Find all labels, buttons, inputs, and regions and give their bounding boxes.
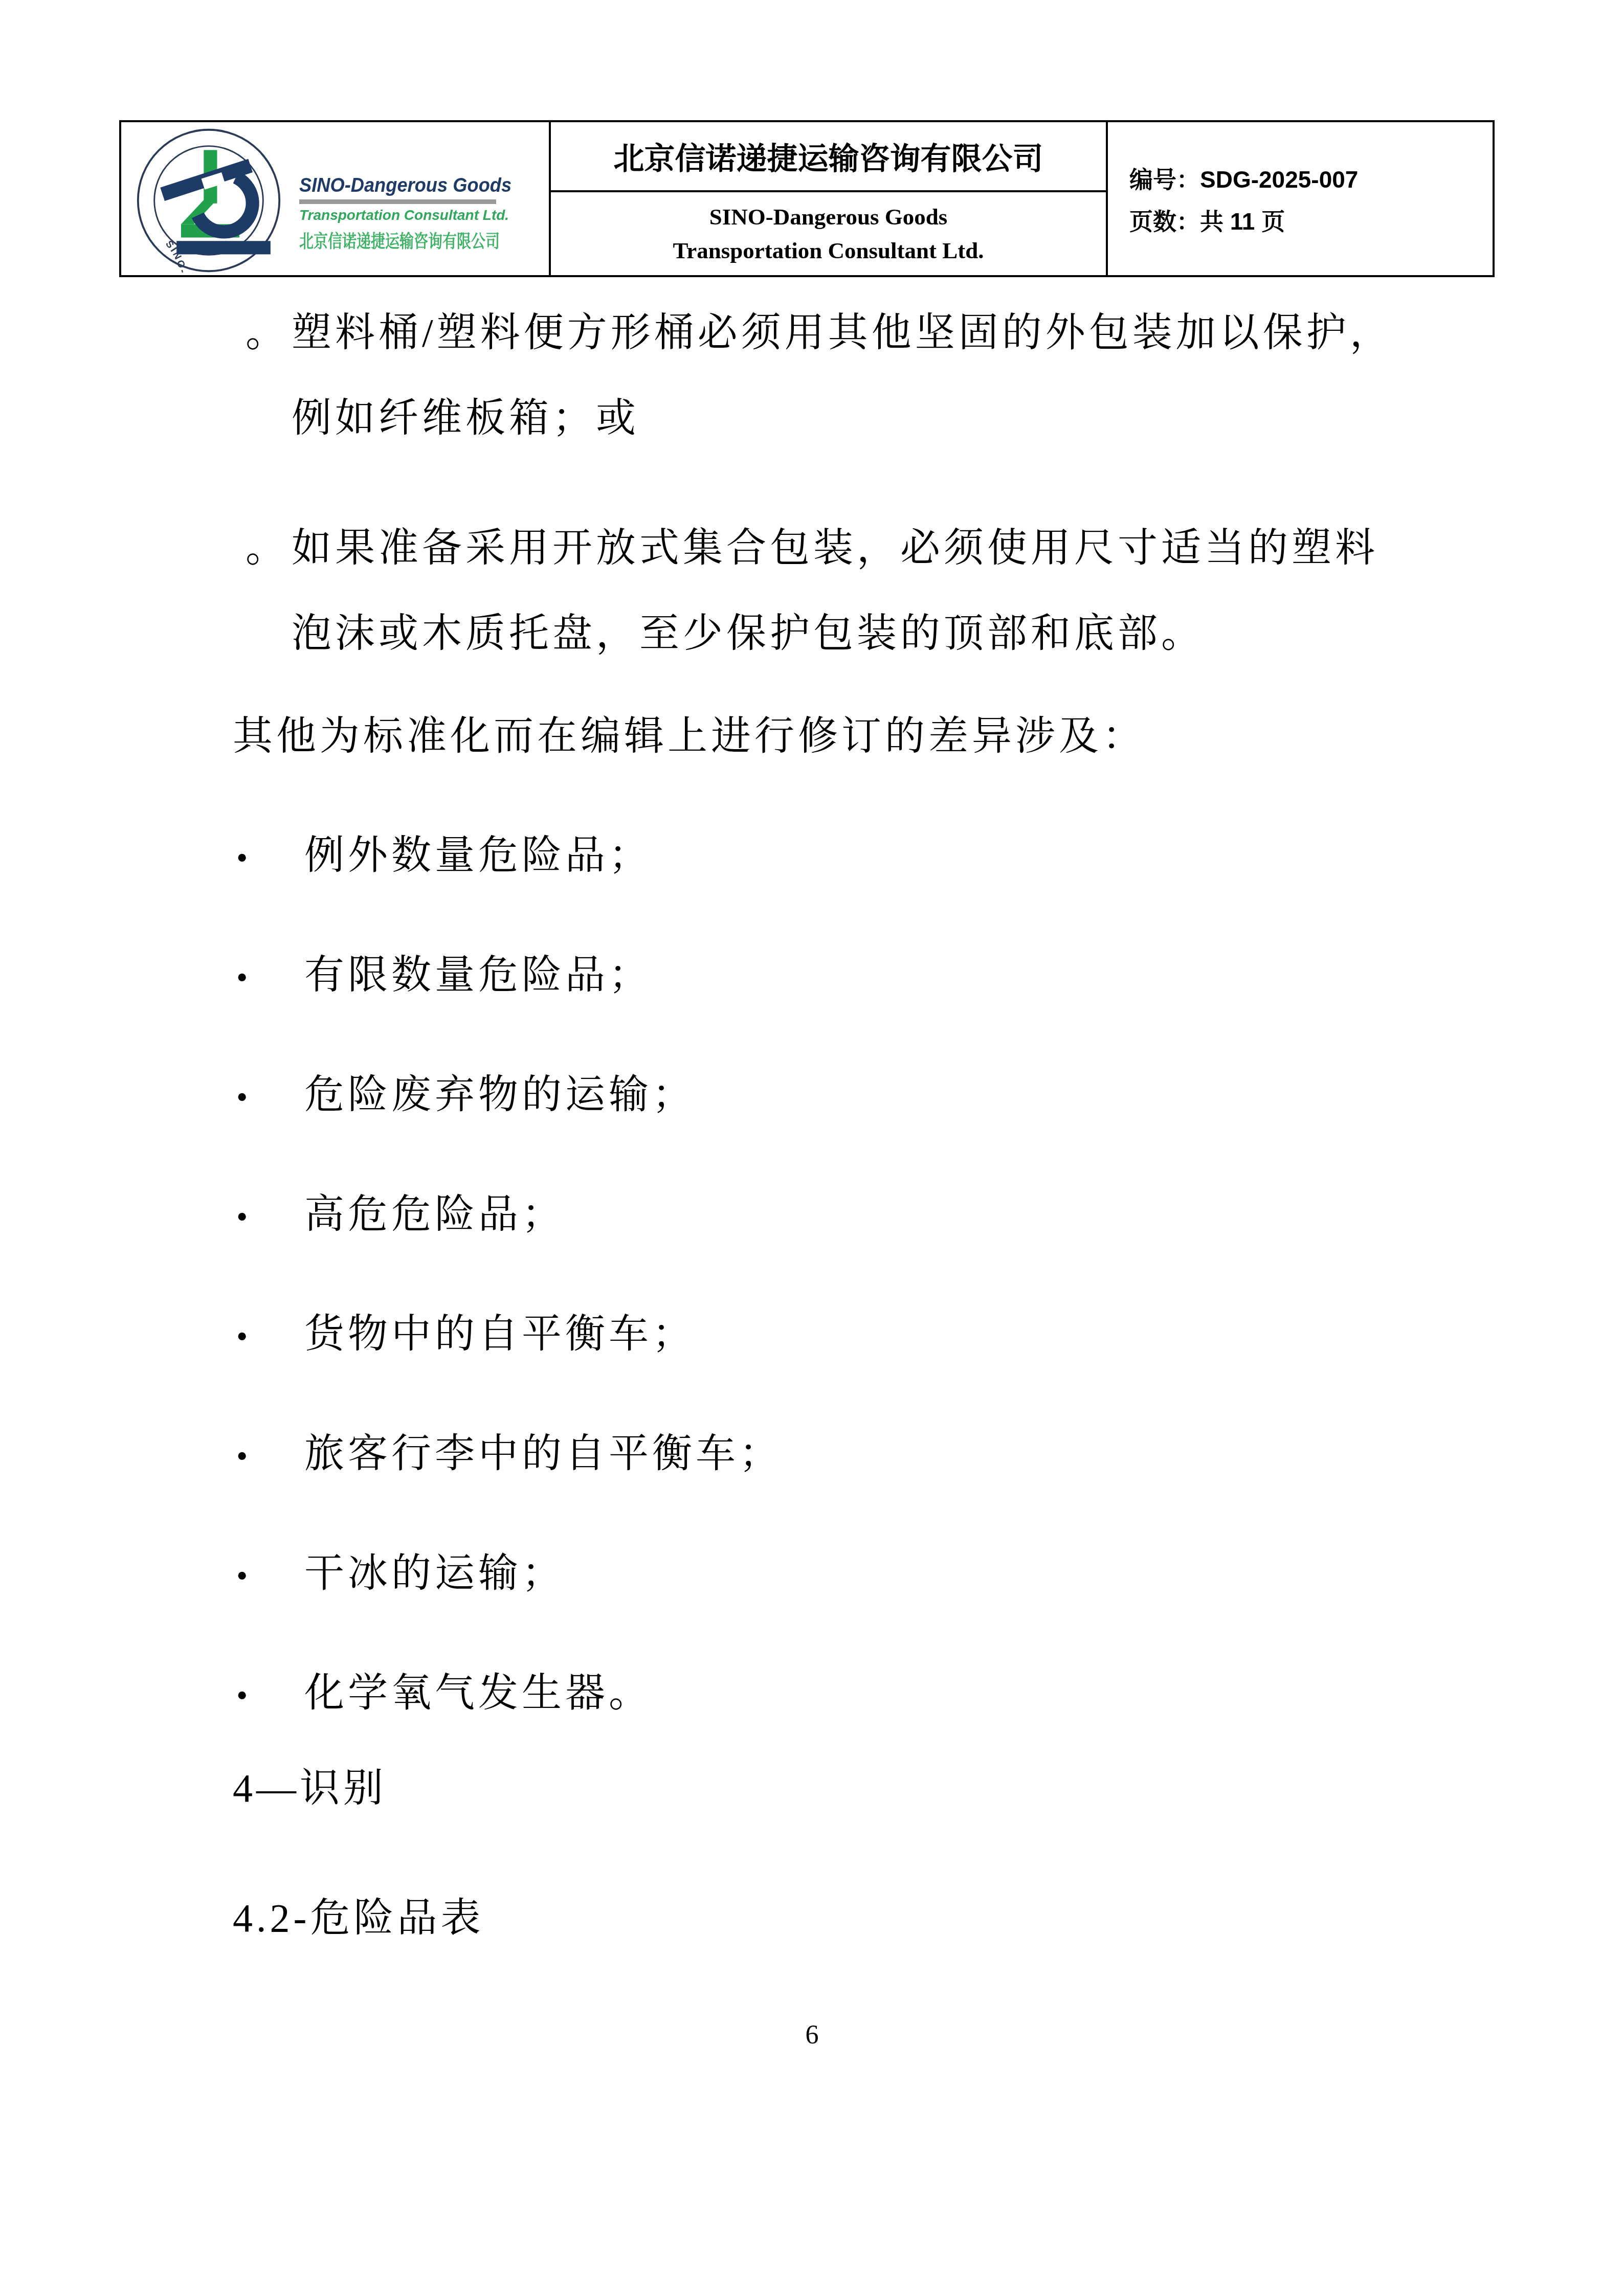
doc-number-label: 编号： xyxy=(1129,166,1200,193)
list-item-text: 干冰的运输； xyxy=(304,1551,565,1595)
doc-number-line: 编号：SDG-2025-007 xyxy=(1129,161,1493,195)
page-count-label: 页数： xyxy=(1129,208,1200,235)
header-table: SINO-Dangerous Goods Transportation Cons… xyxy=(119,120,1495,277)
bullet-icon: • xyxy=(236,832,304,884)
logo-wordmark: SINO-Dangerous Goods Transportation Cons… xyxy=(299,174,514,253)
logo-divider-bar xyxy=(299,199,496,204)
document-page: SINO-Dangerous Goods Transportation Cons… xyxy=(0,0,1624,2296)
company-name-cn: 北京信诺递捷运输咨询有限公司 xyxy=(551,122,1106,190)
document-meta-cell: 编号：SDG-2025-007 页数：共 11 页 xyxy=(1110,122,1493,275)
bullet-icon: • xyxy=(236,1311,304,1362)
paragraph-1-line-1: 。塑料桶/塑料便方形桶必须用其他坚固的外包装加以保护， xyxy=(246,307,1393,358)
bullet-icon: • xyxy=(236,1191,304,1243)
paragraph-2-text-1: 如果准备采用开放式集合包装，必须使用尺寸适当的塑料 xyxy=(292,526,1378,570)
list-item: •例外数量危险品； xyxy=(236,830,652,881)
doc-number-value: SDG-2025-007 xyxy=(1200,166,1358,193)
company-name-en-line1: SINO-Dangerous Goods xyxy=(709,200,948,234)
company-name-cell: 北京信诺递捷运输咨询有限公司 SINO-Dangerous Goods Tran… xyxy=(551,122,1108,275)
logo-brand-line1: SINO-Dangerous Goods xyxy=(299,174,499,197)
list-item-text: 旅客行李中的自平衡车； xyxy=(304,1431,783,1476)
company-seal-logo: SINO-Dangerous Goods Transportation Cons… xyxy=(135,126,283,275)
company-name-en: SINO-Dangerous Goods Transportation Cons… xyxy=(551,192,1106,275)
section-heading-4: 4—识别 xyxy=(233,1763,387,1814)
bullet-icon: • xyxy=(236,1072,304,1123)
section-heading-4-2: 4.2-危险品表 xyxy=(233,1893,484,1944)
bullet-icon: • xyxy=(236,1431,304,1482)
list-item: •旅客行李中的自平衡车； xyxy=(236,1428,783,1479)
list-item-text: 高危危险品； xyxy=(304,1192,565,1236)
logo-brand-line3-cn: 北京信诺递捷运输咨询有限公司 xyxy=(299,228,471,253)
page-number: 6 xyxy=(0,2010,1624,2061)
seal-monogram xyxy=(160,150,271,254)
list-item: •干冰的运输； xyxy=(236,1548,565,1599)
paragraph-1-line-2: 例如纤维板箱；或 xyxy=(292,393,639,444)
list-item: •危险废弃物的运输； xyxy=(236,1069,696,1120)
list-item: •货物中的自平衡车； xyxy=(236,1309,696,1360)
paragraph-2-marker: 。 xyxy=(246,523,292,574)
bullet-icon: • xyxy=(236,1550,304,1602)
bullet-icon: • xyxy=(236,952,304,1003)
list-item-text: 货物中的自平衡车； xyxy=(304,1312,696,1356)
bullet-icon: • xyxy=(236,1670,304,1721)
logo-cell: SINO-Dangerous Goods Transportation Cons… xyxy=(121,122,551,275)
page-count-line: 页数：共 11 页 xyxy=(1129,203,1493,237)
list-item-text: 危险废弃物的运输； xyxy=(304,1072,696,1117)
paragraph-1-marker: 。 xyxy=(246,307,292,358)
paragraph-1-text-1: 塑料桶/塑料便方形桶必须用其他坚固的外包装加以保护， xyxy=(292,310,1393,355)
list-item: •化学氧气发生器。 xyxy=(236,1668,652,1719)
list-item-text: 化学氧气发生器。 xyxy=(304,1671,652,1715)
paragraph-2-line-2: 泡沫或木质托盘，至少保护包装的顶部和底部。 xyxy=(292,608,1205,659)
list-item: •有限数量危险品； xyxy=(236,950,652,1001)
paragraph-2-line-1: 。如果准备采用开放式集合包装，必须使用尺寸适当的塑料 xyxy=(246,523,1378,574)
list-item-text: 例外数量危险品； xyxy=(304,833,652,877)
intro-line: 其他为标准化而在编辑上进行修订的差异涉及： xyxy=(233,711,1146,762)
company-name-en-line2: Transportation Consultant Ltd. xyxy=(673,234,984,267)
logo-brand-line2: Transportation Consultant Ltd. xyxy=(299,207,514,223)
list-item: •高危危险品； xyxy=(236,1189,565,1240)
page-count-value: 共 11 页 xyxy=(1200,208,1285,235)
list-item-text: 有限数量危险品； xyxy=(304,953,652,997)
